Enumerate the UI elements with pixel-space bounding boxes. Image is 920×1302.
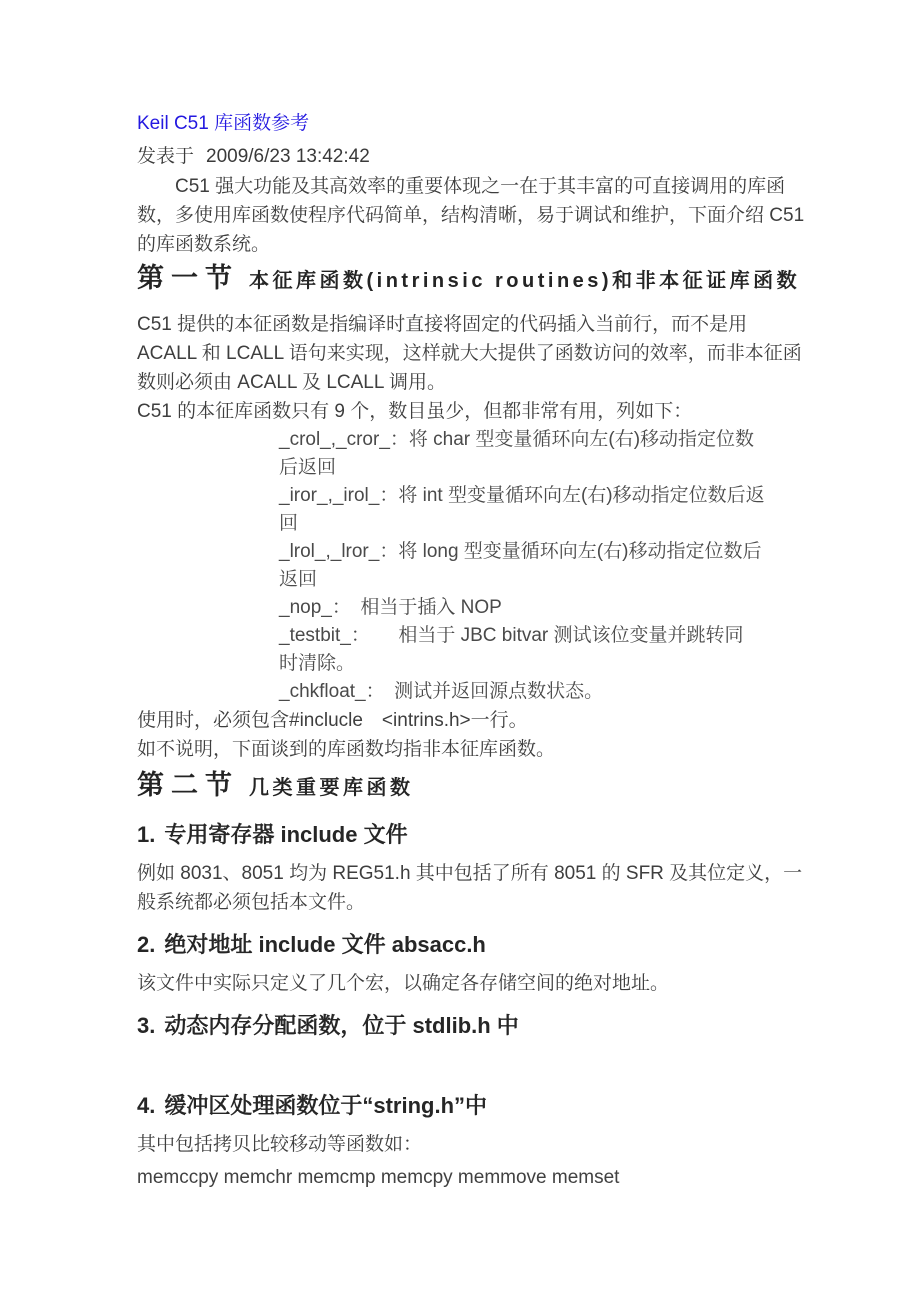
body-line: C51 的本征库函数只有 9 个，数目虽少，但都非常有用，列如下： bbox=[137, 397, 790, 426]
publish-date-line: 发表于2009/6/23 13:42:42 bbox=[137, 142, 790, 172]
section-2-number: 第二节 bbox=[137, 770, 239, 800]
document-page: Keil C51 库函数参考 发表于2009/6/23 13:42:42 C51… bbox=[0, 0, 920, 1193]
subheading-1: 1.专用寄存器 include 文件 bbox=[137, 821, 790, 849]
subheading-3-title: 动态内存分配函数，位于 stdlib.h 中 bbox=[164, 1013, 518, 1038]
body-line: ACALL 和 LCALL 语句来实现，这样就大大提供了函数访问的效率，而非本征… bbox=[137, 339, 790, 368]
intrinsic-line: _nop_： 相当于插入 NOP bbox=[279, 594, 790, 622]
subheading-2-title: 绝对地址 include 文件 absacc.h bbox=[164, 932, 486, 957]
subsection-2-body: 该文件中实际只定义了几个宏，以确定各存储空间的绝对地址。 bbox=[137, 969, 790, 998]
subheading-1-number: 1. bbox=[137, 822, 155, 847]
article-title-link[interactable]: Keil C51 库函数参考 bbox=[137, 112, 309, 136]
body-line: 例如 8031、8051 均为 REG51.h 其中包括了所有 8051 的 S… bbox=[137, 859, 790, 888]
body-line: C51 提供的本征函数是指编译时直接将固定的代码插入当前行，而不是用 bbox=[137, 310, 790, 339]
intrinsic-line: 返回 bbox=[279, 566, 790, 594]
intrinsic-line: _crol_,_cror_：将 char 型变量循环向左(右)移动指定位数 bbox=[279, 426, 790, 454]
subheading-1-title: 专用寄存器 include 文件 bbox=[164, 822, 407, 847]
intro-line: 的库函数系统。 bbox=[137, 230, 790, 259]
publish-date-value: 2009/6/23 13:42:42 bbox=[206, 146, 370, 167]
intro-line: C51 强大功能及其高效率的重要体现之一在于其丰富的可直接调用的库函 bbox=[137, 172, 790, 201]
body-line: 其中包括拷贝比较移动等函数如： bbox=[137, 1130, 790, 1159]
intrinsic-line: _testbit_： 相当于 JBC bitvar 测试该位变量并跳转同 bbox=[279, 622, 790, 650]
section-1-number: 第一节 bbox=[137, 263, 239, 293]
section-1-notes: 使用时，必须包含#inclucle <intrins.h>一行。 如不说明，下面… bbox=[137, 706, 790, 764]
section-2-heading: 第二节几类重要库函数 bbox=[137, 768, 790, 807]
subheading-3: 3.动态内存分配函数，位于 stdlib.h 中 bbox=[137, 1012, 790, 1040]
body-line: 数则必须由 ACALL 及 LCALL 调用。 bbox=[137, 368, 790, 397]
intrinsic-line: _lrol_,_lror_：将 long 型变量循环向左(右)移动指定位数后 bbox=[279, 538, 790, 566]
subsection-4-body: 其中包括拷贝比较移动等函数如： bbox=[137, 1130, 790, 1159]
subheading-2-number: 2. bbox=[137, 932, 155, 957]
intrinsic-line: 回 bbox=[279, 510, 790, 538]
intrinsic-line: _iror_,_irol_：将 int 型变量循环向左(右)移动指定位数后返 bbox=[279, 482, 790, 510]
memory-functions-line: memccpy memchr memcmp memcpy memmove mem… bbox=[137, 1163, 790, 1193]
note-line: 使用时，必须包含#inclucle <intrins.h>一行。 bbox=[137, 706, 790, 735]
subheading-3-number: 3. bbox=[137, 1013, 155, 1038]
subheading-4: 4.缓冲区处理函数位于“string.h”中 bbox=[137, 1092, 790, 1120]
note-line: 如不说明，下面谈到的库函数均指非本征库函数。 bbox=[137, 735, 790, 764]
intrinsic-line: 后返回 bbox=[279, 454, 790, 482]
body-line: 该文件中实际只定义了几个宏，以确定各存储空间的绝对地址。 bbox=[137, 969, 790, 998]
section-1-body: C51 提供的本征函数是指编译时直接将固定的代码插入当前行，而不是用 ACALL… bbox=[137, 310, 790, 426]
subheading-4-number: 4. bbox=[137, 1093, 155, 1118]
section-1-heading: 第一节本征库函数(intrinsic routines)和非本征证库函数 bbox=[137, 261, 790, 300]
section-2-title: 几类重要库函数 bbox=[249, 777, 414, 799]
intrinsic-function-list: _crol_,_cror_：将 char 型变量循环向左(右)移动指定位数 后返… bbox=[279, 426, 790, 706]
publish-date-prefix: 发表于 bbox=[137, 146, 194, 167]
section-1-title: 本征库函数(intrinsic routines)和非本征证库函数 bbox=[249, 270, 800, 292]
intrinsic-line: _chkfloat_： 测试并返回源点数状态。 bbox=[279, 678, 790, 706]
subheading-2: 2.绝对地址 include 文件 absacc.h bbox=[137, 931, 790, 959]
intrinsic-line: 时清除。 bbox=[279, 650, 790, 678]
intro-paragraph: C51 强大功能及其高效率的重要体现之一在于其丰富的可直接调用的库函 数，多使用… bbox=[137, 172, 790, 259]
subsection-1-body: 例如 8031、8051 均为 REG51.h 其中包括了所有 8051 的 S… bbox=[137, 859, 790, 917]
body-line: 般系统都必须包括本文件。 bbox=[137, 888, 790, 917]
subheading-4-title: 缓冲区处理函数位于“string.h”中 bbox=[164, 1093, 487, 1118]
intro-line: 数，多使用库函数使程序代码简单，结构清晰，易于调试和维护，下面介绍 C51 bbox=[137, 201, 790, 230]
